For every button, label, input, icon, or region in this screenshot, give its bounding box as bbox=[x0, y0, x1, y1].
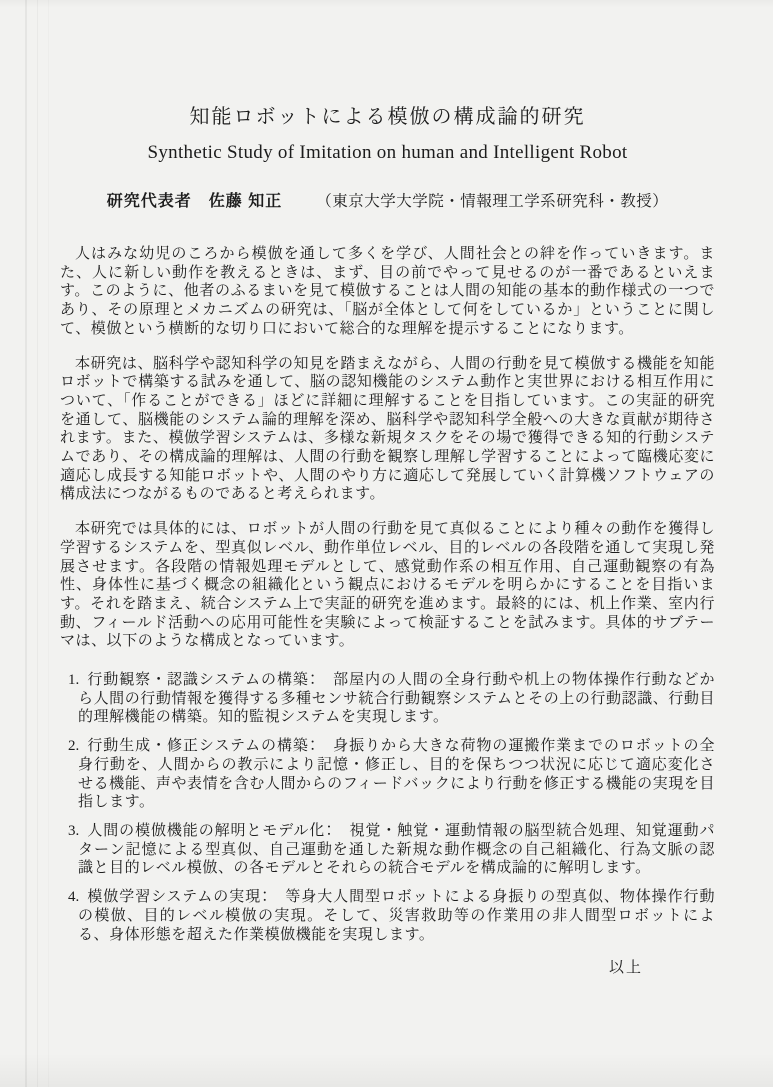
list-item-text: 行動観察・認識システムの構築： 部屋内の人間の全身行動や机上の物体操作行動などか… bbox=[78, 672, 715, 725]
list-item-number: 4. bbox=[68, 888, 87, 907]
list-item: 2.行動生成・修正システムの構築： 身振りから大きな荷物の運搬作業までのロボット… bbox=[60, 737, 715, 812]
principal-investigator-line: 研究代表者 佐藤 知正（東京大学大学院・情報理工学系研究科・教授） bbox=[60, 188, 715, 211]
list-item-number: 3. bbox=[68, 822, 87, 841]
list-item-number: 2. bbox=[68, 737, 87, 756]
closing-ijou: 以上 bbox=[60, 956, 715, 977]
list-item: 1.行動観察・認識システムの構築： 部屋内の人間の全身行動や机上の物体操作行動な… bbox=[60, 671, 715, 727]
abstract-text: 人はみな幼児のころから模倣を通して多くを学び、人間社会との絆を作っていきます。ま… bbox=[60, 245, 715, 651]
paragraph-intro: 人はみな幼児のころから模倣を通して多くを学び、人間社会との絆を作っていきます。ま… bbox=[60, 245, 715, 339]
investigator-affiliation: （東京大学大学院・情報理工学系研究科・教授） bbox=[316, 193, 668, 210]
paragraph-concrete-plan: 本研究では具体的には、ロボットが人間の行動を見て真似ることにより種々の動作を獲得… bbox=[60, 520, 715, 651]
subtheme-list: 1.行動観察・認識システムの構築： 部屋内の人間の全身行動や机上の物体操作行動な… bbox=[60, 671, 715, 944]
scanned-document-page: { "page": { "title_ja": "知能ロボットによる模倣の構成論… bbox=[0, 0, 773, 1087]
document-body: 知能ロボットによる模倣の構成論的研究 Synthetic Study of Im… bbox=[0, 0, 773, 1087]
paragraph-research-aim: 本研究は、脳科学や認知科学の知見を踏まえながら、人間の行動を見て模倣する機能を知… bbox=[60, 355, 715, 505]
list-item-number: 1. bbox=[68, 671, 87, 690]
document-title-japanese: 知能ロボットによる模倣の構成論的研究 bbox=[60, 100, 715, 129]
list-item-text: 模倣学習システムの実現： 等身大人間型ロボットによる身振りの型真似、物体操作行動… bbox=[78, 889, 715, 942]
list-item-text: 行動生成・修正システムの構築： 身振りから大きな荷物の運搬作業までのロボットの全… bbox=[78, 738, 715, 810]
list-item: 4.模倣学習システムの実現： 等身大人間型ロボットによる身振りの型真似、物体操作… bbox=[60, 888, 715, 944]
investigator-role-and-name: 研究代表者 佐藤 知正 bbox=[107, 193, 282, 210]
document-title-english: Synthetic Study of Imitation on human an… bbox=[60, 142, 715, 164]
list-item-text: 人間の模倣機能の解明とモデル化： 視覚・触覚・運動情報の脳型統合処理、知覚運動パ… bbox=[78, 823, 715, 876]
list-item: 3.人間の模倣機能の解明とモデル化： 視覚・触覚・運動情報の脳型統合処理、知覚運… bbox=[60, 822, 715, 878]
